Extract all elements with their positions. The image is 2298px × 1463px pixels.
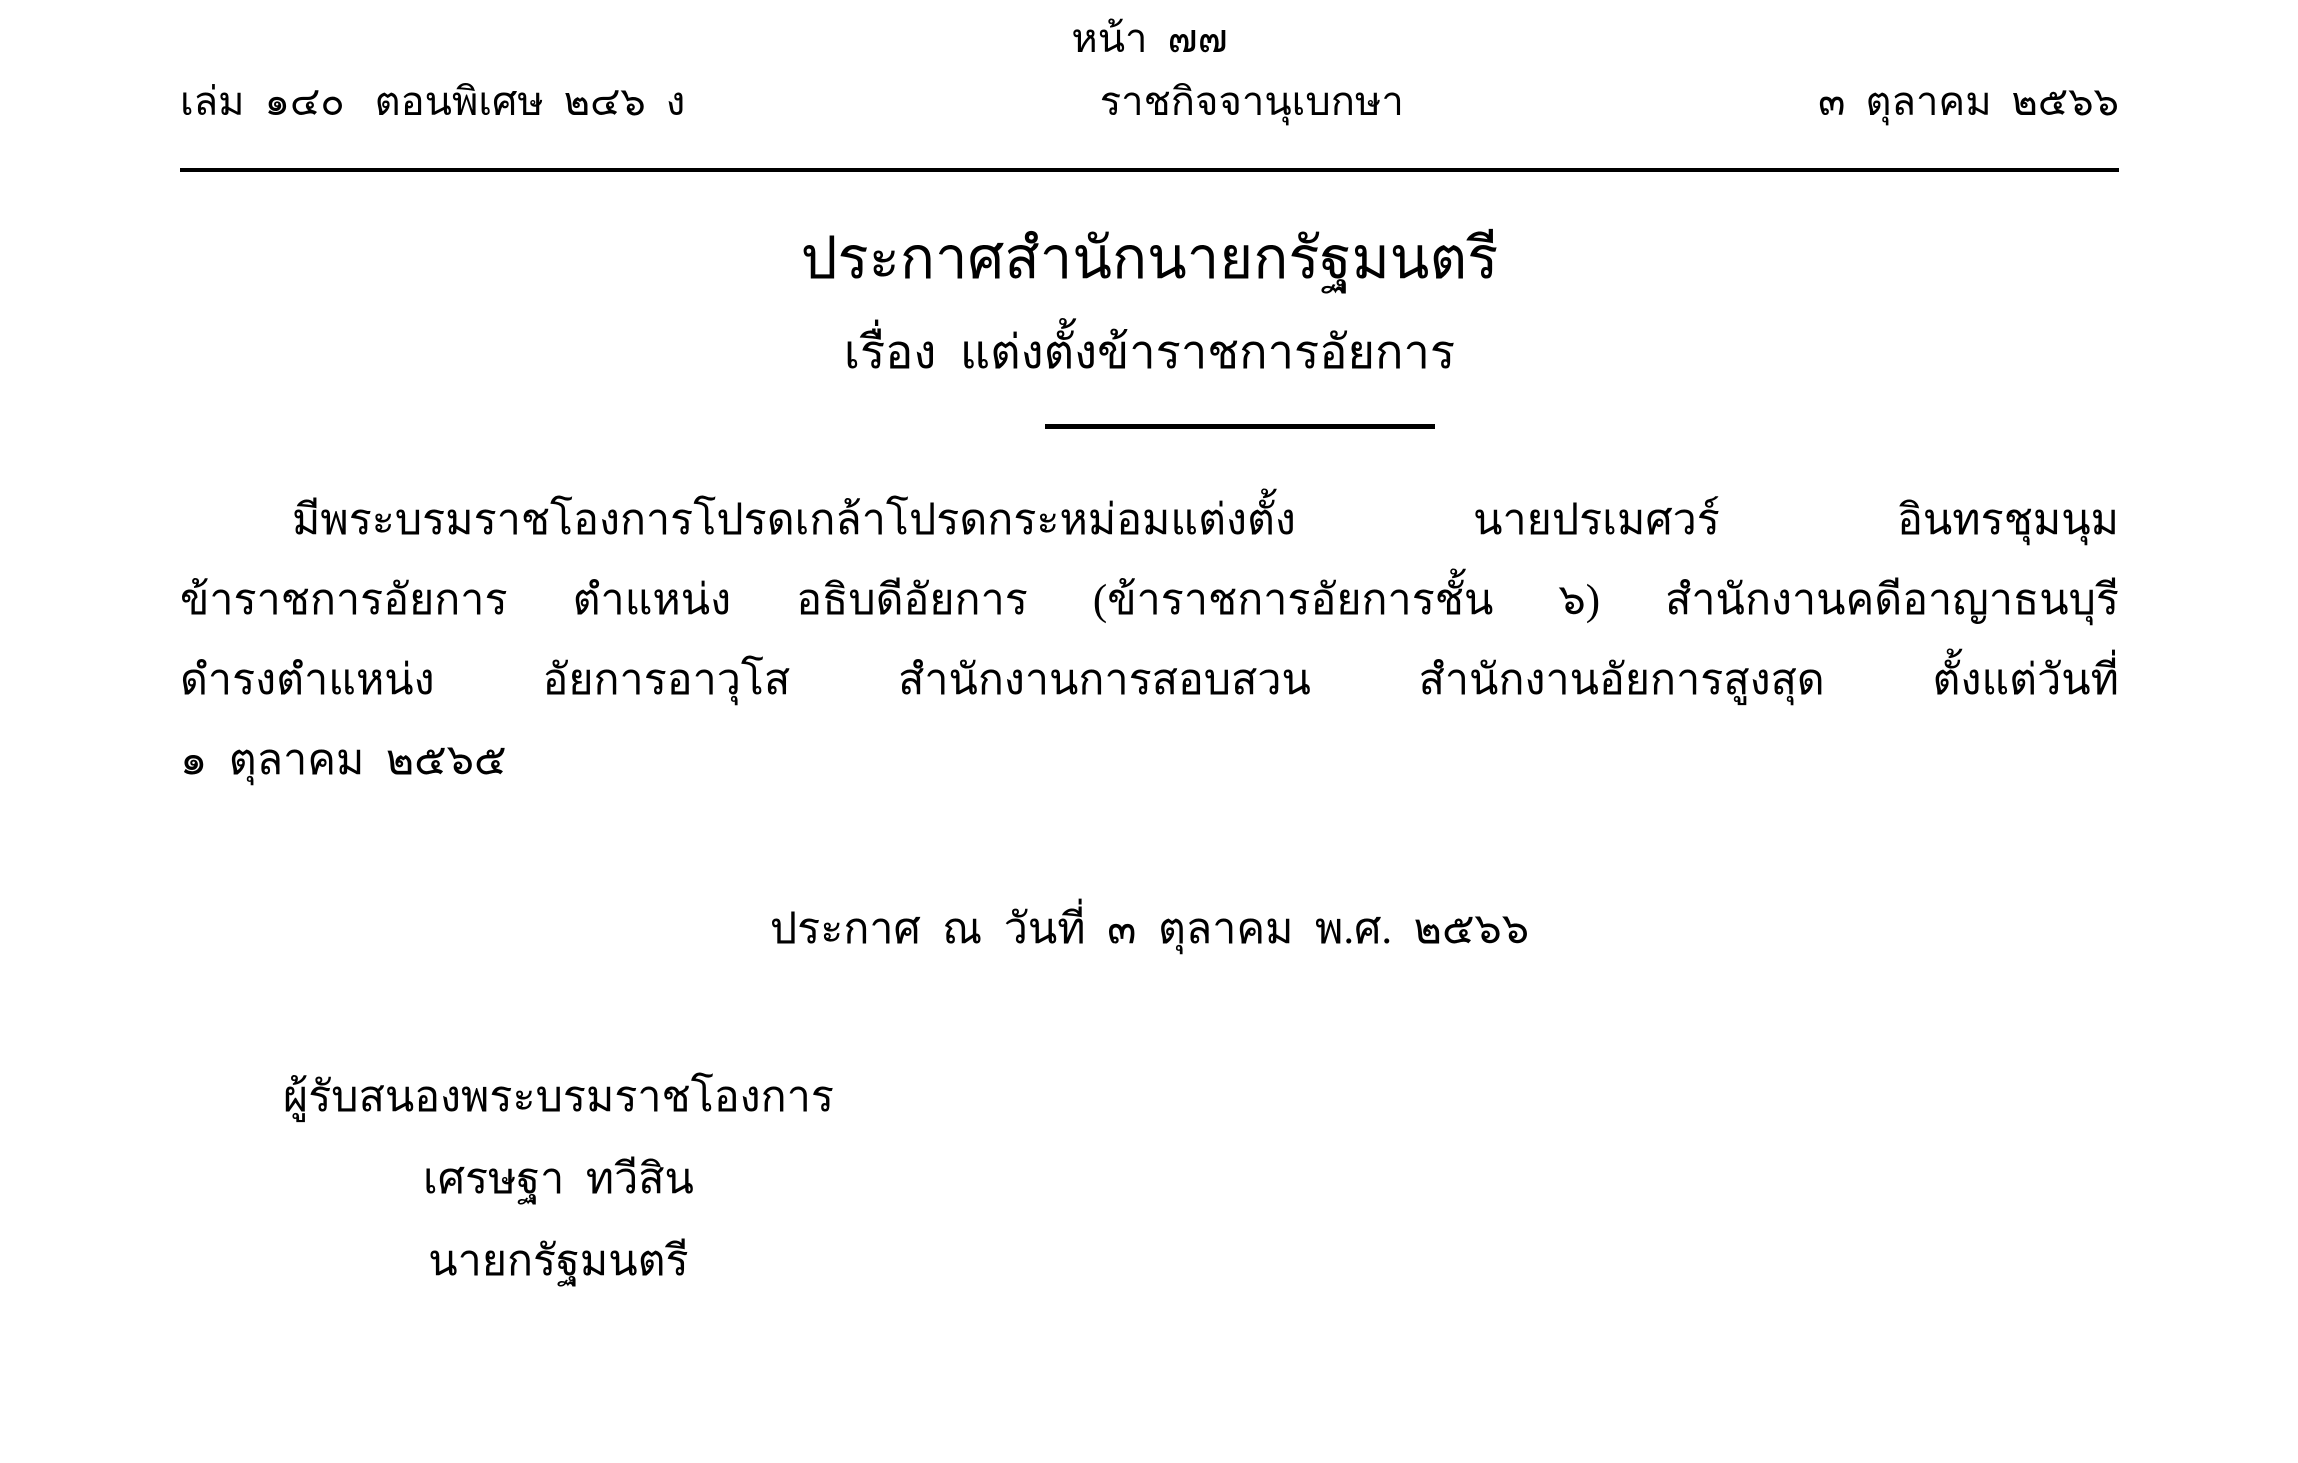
- page-number: หน้า ๗๗: [180, 14, 2119, 64]
- gazette-page: หน้า ๗๗ เล่ม ๑๔๐ ตอนพิเศษ ๒๔๖ ง ราชกิจจา…: [0, 0, 2298, 1463]
- body-line-3: ดำรงตำแหน่ง อัยการอาวุโส สำนักงานการสอบส…: [180, 641, 2119, 721]
- countersign-label: ผู้รับสนองพระบรมราชโองการ: [283, 1057, 834, 1139]
- page-header: หน้า ๗๗ เล่ม ๑๔๐ ตอนพิเศษ ๒๔๖ ง ราชกิจจา…: [180, 14, 2119, 172]
- announcement-date: ประกาศ ณ วันที่ ๓ ตุลาคม พ.ศ. ๒๕๖๖: [180, 897, 2119, 963]
- header-row: เล่ม ๑๔๐ ตอนพิเศษ ๒๔๖ ง ราชกิจจานุเบกษา …: [180, 74, 2119, 130]
- announcement-title: ประกาศสำนักนายกรัฐมนตรี: [180, 214, 2119, 304]
- signature-block: ผู้รับสนองพระบรมราชโองการ เศรษฐา ทวีสิน …: [283, 1057, 834, 1303]
- announcement-body: ประกาศสำนักนายกรัฐมนตรี เรื่อง แต่งตั้งข…: [180, 214, 2119, 1303]
- title-divider: [1045, 424, 1435, 429]
- signer-position: นายกรัฐมนตรี: [283, 1221, 834, 1303]
- header-date: ๓ ตุลาคม ๒๕๖๖: [1818, 74, 2119, 130]
- page-content: หน้า ๗๗ เล่ม ๑๔๐ ตอนพิเศษ ๒๔๖ ง ราชกิจจา…: [0, 14, 2298, 1303]
- signer-name: เศรษฐา ทวีสิน: [283, 1139, 834, 1221]
- header-rule: [180, 168, 2119, 172]
- body-line-1: มีพระบรมราชโองการโปรดเกล้าโปรดกระหม่อมแต…: [180, 481, 2119, 561]
- body-line-4: ๑ ตุลาคม ๒๕๖๕: [180, 721, 2119, 801]
- body-line-2: ข้าราชการอัยการ ตำแหน่ง อธิบดีอัยการ (ข้…: [180, 561, 2119, 641]
- announcement-subject: เรื่อง แต่งตั้งข้าราชการอัยการ: [180, 318, 2119, 388]
- gazette-name: ราชกิจจานุเบกษา: [1100, 74, 1404, 130]
- volume-issue-label: เล่ม ๑๔๐ ตอนพิเศษ ๒๔๖ ง: [180, 74, 685, 130]
- body-paragraph: มีพระบรมราชโองการโปรดเกล้าโปรดกระหม่อมแต…: [180, 481, 2119, 801]
